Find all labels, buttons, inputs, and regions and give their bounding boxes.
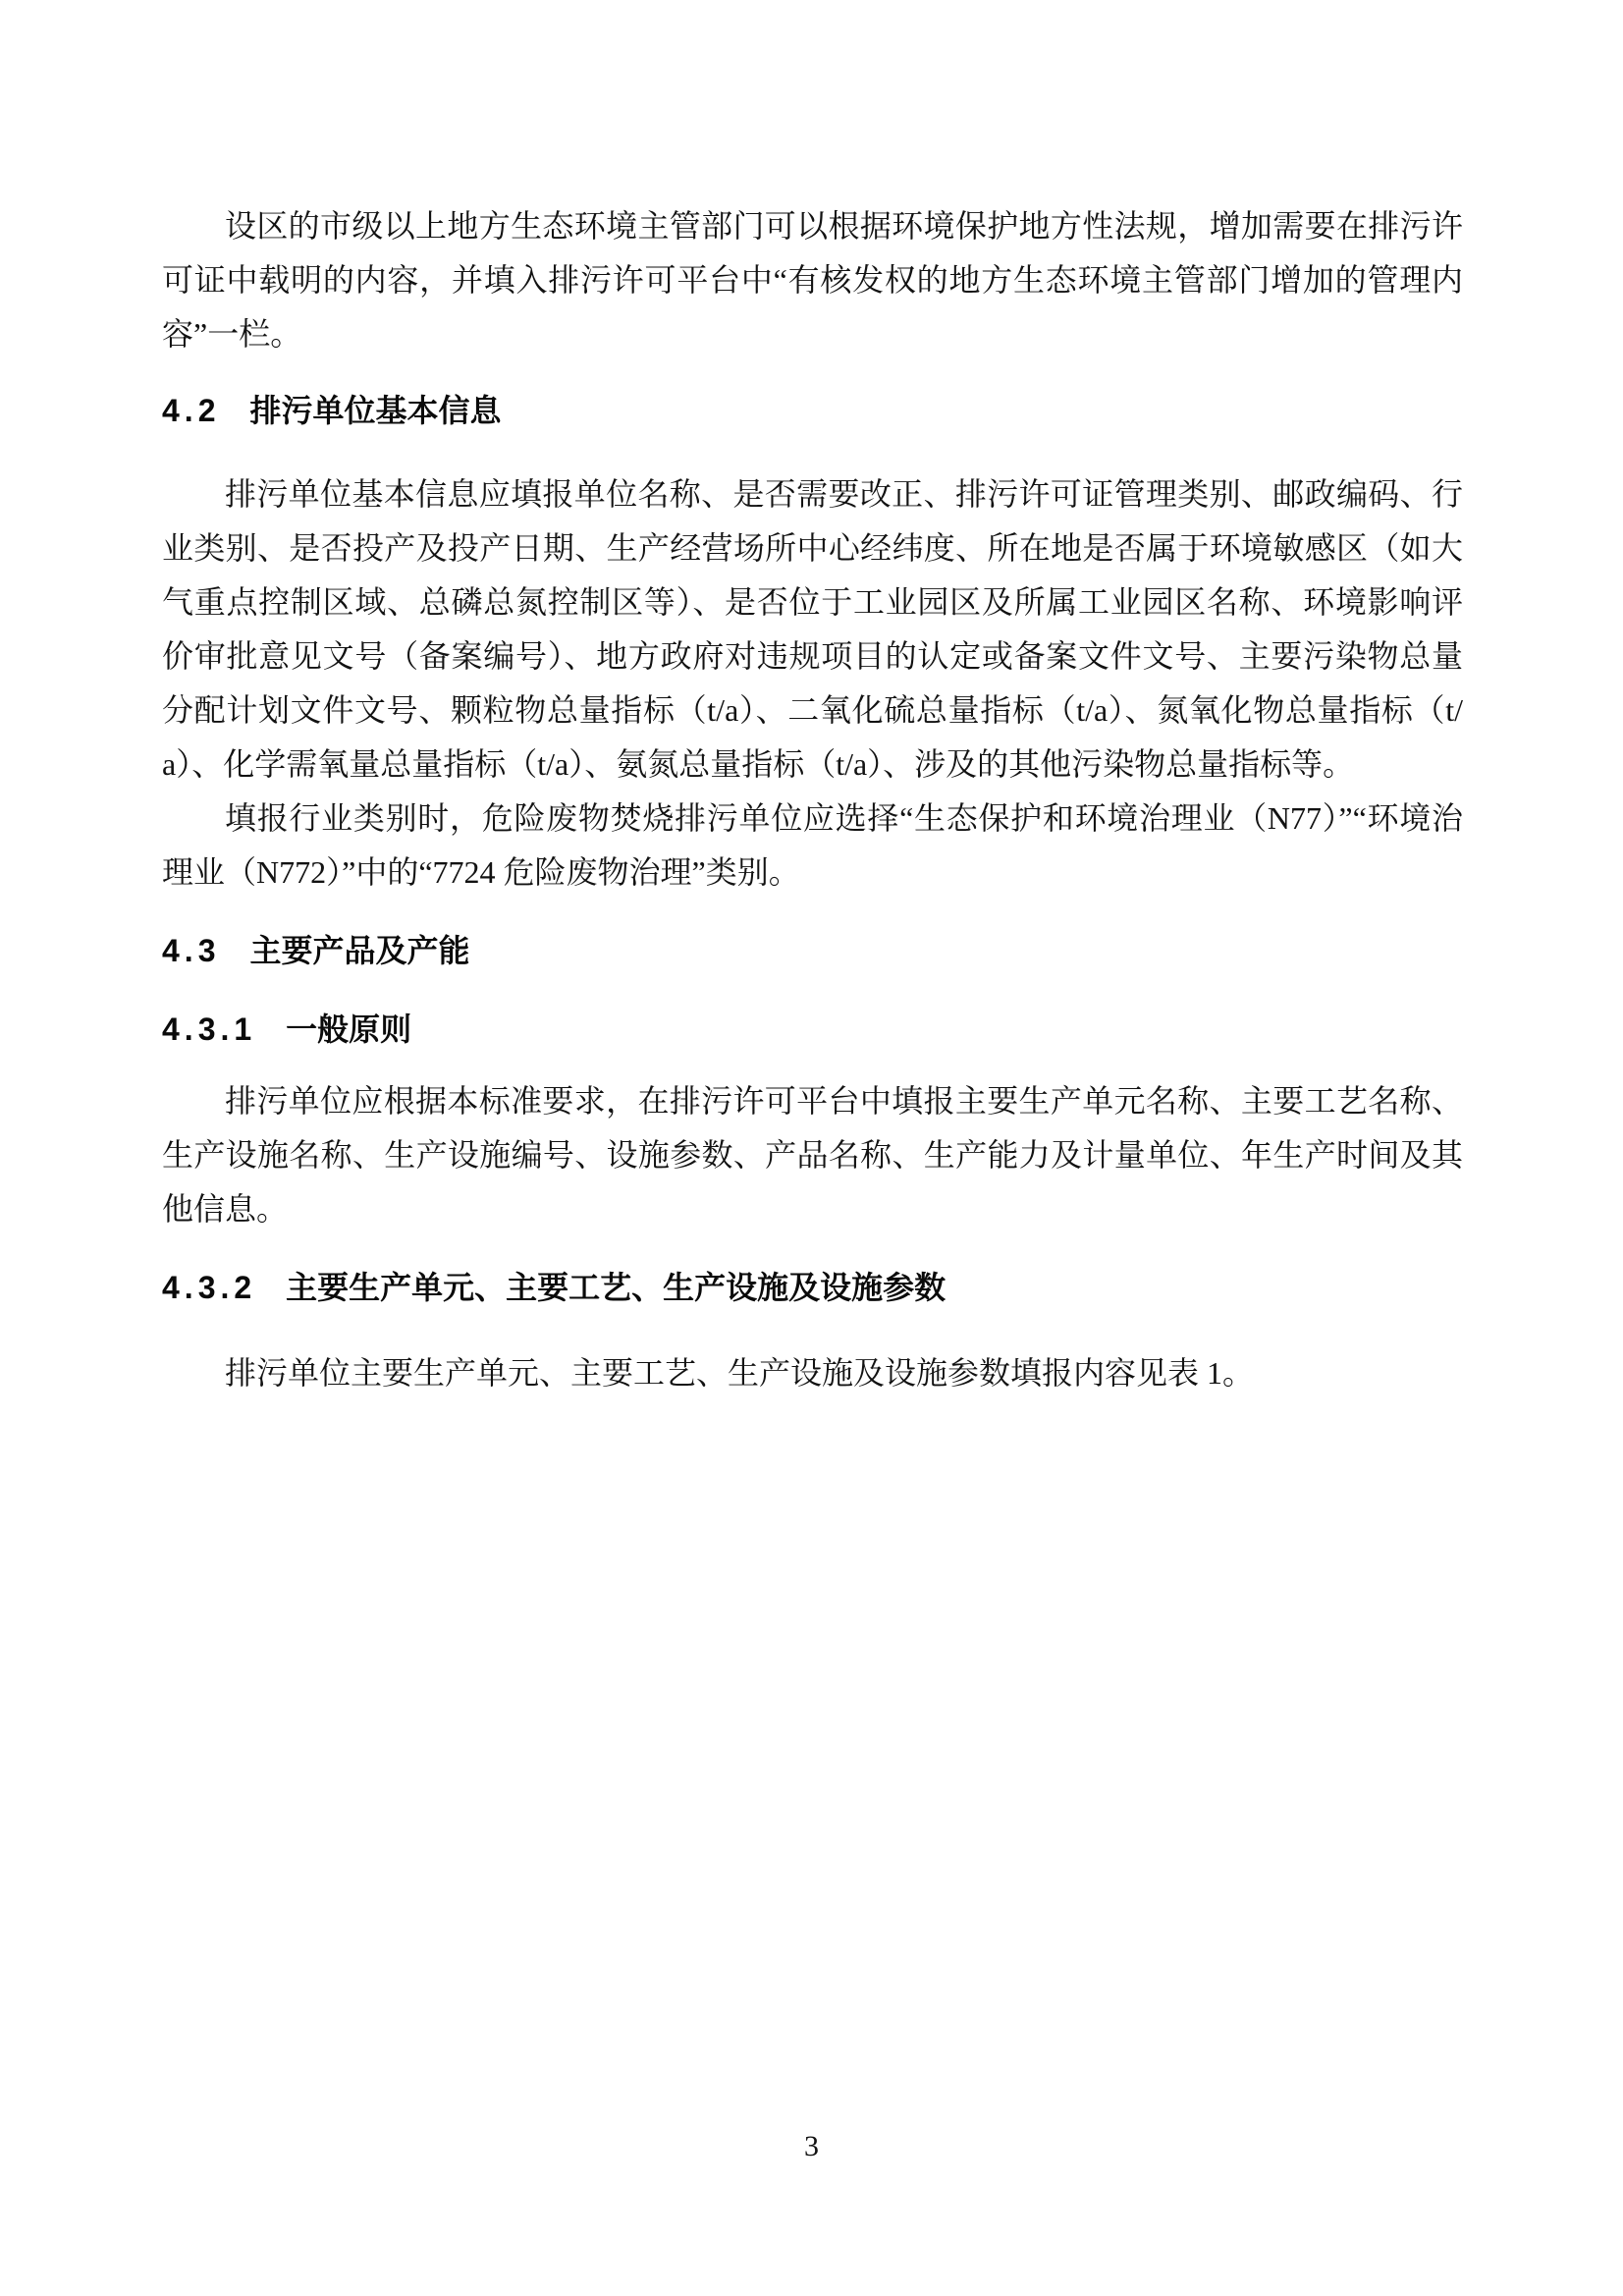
section-title-4-3-1: 一般原则 xyxy=(286,1011,411,1047)
section-number-4-2: 4.2 xyxy=(162,393,220,428)
section-number-4-3-2: 4.3.2 xyxy=(162,1270,256,1305)
paragraph-general-principle: 排污单位应根据本标准要求，在排污许可平台中填报主要生产单元名称、主要工艺名称、生… xyxy=(162,1074,1463,1236)
section-heading-4-3-2: 4.3.2主要生产单元、主要工艺、生产设施及设施参数 xyxy=(162,1266,1463,1309)
paragraph-local-regulations: 设区的市级以上地方生态环境主管部门可以根据环境保护地方性法规，增加需要在排污许可… xyxy=(162,199,1463,361)
section-number-4-3: 4.3 xyxy=(162,933,220,968)
section-heading-4-2: 4.2排污单位基本信息 xyxy=(162,389,1463,432)
section-title-4-2: 排污单位基本信息 xyxy=(249,393,501,428)
section-heading-4-3-1: 4.3.1一般原则 xyxy=(162,1008,1463,1051)
paragraph-table-reference: 排污单位主要生产单元、主要工艺、生产设施及设施参数填报内容见表 1。 xyxy=(162,1346,1463,1400)
section-heading-4-3: 4.3主要产品及产能 xyxy=(162,929,1463,972)
paragraph-basic-info: 排污单位基本信息应填报单位名称、是否需要改正、排污许可证管理类别、邮政编码、行业… xyxy=(162,467,1463,792)
page-number: 3 xyxy=(0,2129,1623,2164)
section-title-4-3: 主要产品及产能 xyxy=(249,933,469,968)
section-number-4-3-1: 4.3.1 xyxy=(162,1011,256,1047)
paragraph-industry-category: 填报行业类别时，危险废物焚烧排污单位应选择“生态保护和环境治理业（N77）”“环… xyxy=(162,792,1463,900)
section-title-4-3-2: 主要生产单元、主要工艺、生产设施及设施参数 xyxy=(286,1270,946,1305)
document-page: 设区的市级以上地方生态环境主管部门可以根据环境保护地方性法规，增加需要在排污许可… xyxy=(0,0,1623,2296)
